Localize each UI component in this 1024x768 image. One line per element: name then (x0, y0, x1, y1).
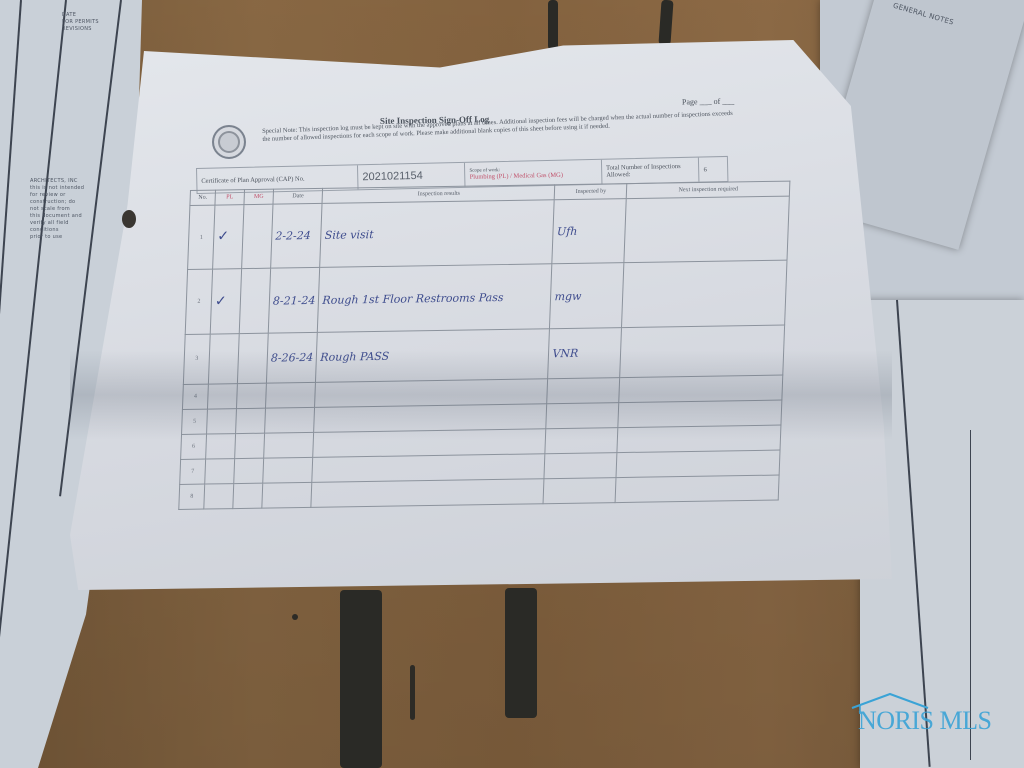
mg-check (236, 383, 266, 408)
mg-check (235, 433, 265, 458)
inspection-result (315, 379, 548, 408)
inspector-signature-text: VNR (552, 347, 578, 360)
col-inspected-by: Inspected by (555, 184, 628, 200)
pl-check (207, 383, 237, 408)
inspection-date (262, 482, 312, 508)
row-number-text: 4 (194, 394, 197, 400)
row-number: 7 (180, 459, 206, 484)
right-notice-text: GENERAL NOTES (892, 3, 954, 27)
next-inspection (619, 375, 783, 403)
page-number-label: Page ___ of ___ (682, 97, 734, 107)
inspection-date-text: 8-21-24 (273, 294, 316, 308)
next-inspection (620, 325, 785, 378)
inspection-date (265, 407, 315, 433)
row-number-text: 3 (195, 356, 198, 362)
left-paper-top-text: DATE FOR PERMITS REVISIONS (62, 12, 99, 33)
inspection-result-text: Rough PASS (320, 350, 389, 364)
next-inspection (616, 475, 780, 503)
inspection-result (311, 479, 544, 508)
inspector-signature (543, 478, 616, 504)
table-row: 2✓8-21-24Rough 1st Floor Restrooms Passm… (185, 260, 787, 334)
row-number-text: 1 (200, 234, 203, 240)
wood-knot (410, 665, 415, 720)
scope-of-work: Scope of work: Plumbing (PL) / Medical G… (465, 160, 602, 187)
row-number-text: 7 (191, 469, 194, 475)
next-inspection (617, 425, 781, 453)
pl-check: ✓ (210, 269, 241, 334)
table-row: 1✓2-2-24Site visitUfh (188, 196, 790, 270)
row-number: 5 (182, 409, 208, 434)
inspection-date: 2-2-24 (271, 203, 323, 268)
next-inspection (616, 450, 780, 478)
row-number-text: 2 (197, 299, 200, 305)
inspection-result: Rough PASS (316, 329, 550, 383)
rule-line (0, 0, 66, 764)
row-number: 2 (185, 269, 212, 334)
inspection-result (312, 454, 545, 483)
inspection-log-table: No. PL MG Date Inspection results Inspec… (178, 181, 790, 510)
row-number: 8 (179, 484, 205, 509)
city-seal-icon (212, 125, 246, 159)
inspection-date: 8-26-24 (266, 332, 317, 383)
wood-gap (505, 588, 537, 718)
row-number-text: 5 (193, 419, 196, 425)
rule-line (0, 0, 21, 766)
row-number: 1 (188, 205, 215, 270)
pl-check (208, 333, 239, 384)
mg-check (237, 333, 268, 384)
wood-gap (548, 0, 558, 50)
wood-knot (292, 614, 298, 620)
inspection-result: Site visit (320, 200, 555, 268)
inspection-result (313, 429, 546, 458)
total-inspections-label: Total Number of Inspections Allowed: (602, 158, 700, 184)
inspector-signature (546, 402, 619, 428)
col-pl: PL (215, 190, 245, 205)
wood-gap (658, 0, 673, 45)
col-mg: MG (244, 189, 274, 204)
next-inspection (618, 400, 782, 428)
col-no: No. (190, 190, 216, 205)
inspector-signature: mgw (550, 263, 624, 328)
pl-check-text: ✓ (215, 294, 227, 309)
total-inspections-value: 6 (699, 157, 727, 182)
mg-check (236, 408, 266, 433)
inspection-date (266, 382, 316, 408)
inspection-date (264, 432, 314, 458)
pl-check (206, 433, 236, 458)
pl-check (205, 459, 235, 484)
pl-check-text: ✓ (217, 230, 229, 245)
inspection-result-text: Site visit (325, 228, 374, 242)
mg-check (234, 458, 264, 483)
left-paper-body-text: ARCHITECTS, INC this is not intended for… (30, 178, 84, 241)
watermark-text: NORIS MLS (858, 706, 991, 736)
binder-clip-icon (122, 210, 136, 228)
pl-check (204, 484, 234, 510)
next-inspection (624, 196, 789, 263)
inspector-signature-text: mgw (554, 289, 581, 302)
row-number: 4 (182, 384, 208, 409)
mg-check (239, 269, 270, 334)
next-inspection (622, 260, 787, 327)
inspector-signature-text: Ufh (557, 225, 578, 238)
inspector-signature (547, 377, 620, 403)
inspection-date-text: 8-26-24 (271, 351, 314, 365)
inspector-signature (544, 453, 617, 479)
row-number-text: 8 (190, 494, 193, 500)
inspection-date: 8-21-24 (268, 268, 320, 333)
pl-check: ✓ (213, 205, 244, 270)
inspection-date (263, 457, 313, 483)
scope-value: Plumbing (PL) / Medical Gas (MG) (470, 172, 563, 181)
row-number: 6 (181, 434, 207, 459)
inspector-signature (545, 427, 618, 453)
inspection-result-text: Rough 1st Floor Restrooms Pass (322, 291, 504, 307)
inspection-date-text: 2-2-24 (275, 229, 311, 243)
wood-gap (340, 590, 382, 768)
noris-mls-watermark: NORIS MLS (846, 692, 1006, 742)
col-date: Date (273, 188, 323, 204)
row-number-text: 6 (192, 444, 195, 450)
inspection-result: Rough 1st Floor Restrooms Pass (318, 264, 553, 332)
inspector-signature: VNR (548, 327, 622, 378)
mg-check (242, 204, 273, 269)
inspector-signature: Ufh (552, 199, 626, 264)
mg-check (233, 483, 263, 509)
pl-check (207, 408, 237, 433)
inspection-result (314, 404, 547, 433)
row-number: 3 (183, 334, 210, 384)
